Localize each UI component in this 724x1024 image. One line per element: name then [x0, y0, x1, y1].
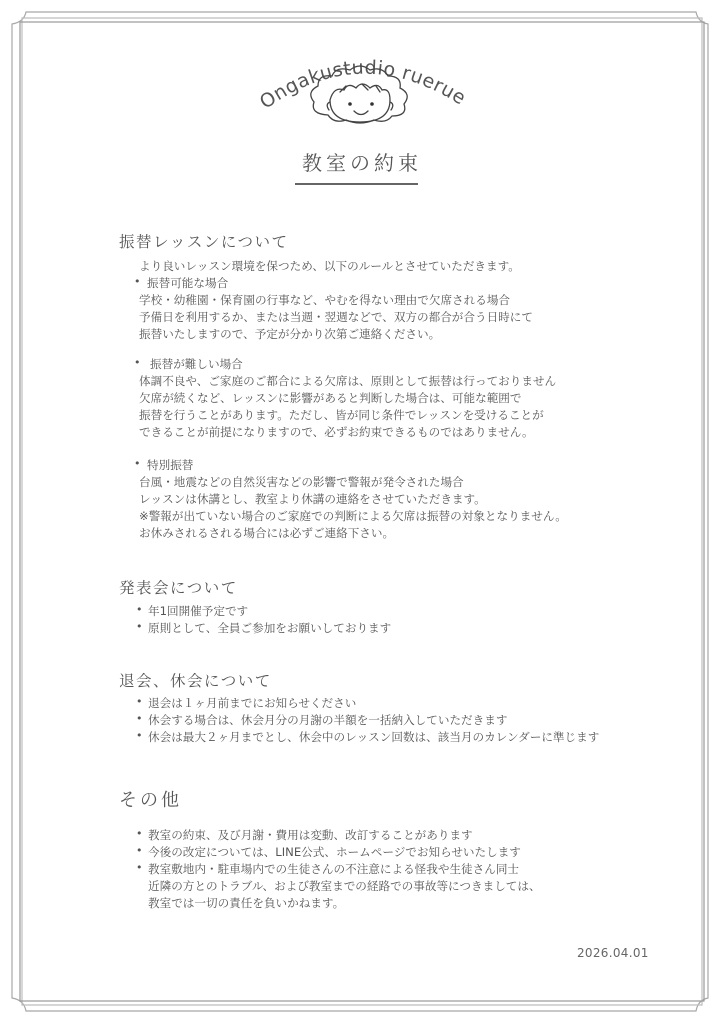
page-title: 教室の約束 [0, 147, 724, 176]
group-line: 欠席が続くなど、レッスンに影響があると判断した場合は、可能な範囲で [139, 390, 521, 407]
list-item: 休会は最大２ヶ月までとし、休会中のレッスン回数は、該当月のカレンダーに準じます [148, 729, 599, 746]
list-item-continuation: 教室では一切の責任を負いかねます。 [148, 895, 344, 912]
group-line: 学校・幼稚園・保育園の行事など、やむを得ない理由で欠席される場合 [139, 292, 510, 309]
list-item: 退会は１ヶ月前までにお知らせください [148, 695, 356, 712]
group-label: 振替可能な場合 [147, 275, 228, 292]
bullet-icon: • [136, 603, 143, 616]
bullet-icon: • [136, 712, 143, 725]
group-line: 振替を行うことがあります。ただし、皆が同じ条件でレッスンを受けることが [139, 407, 544, 424]
bullet-icon: • [134, 275, 141, 288]
group-line: 振替いたしますので、予定が分かり次第ご連絡ください。 [139, 326, 440, 343]
section-title-withdrawal: 退会、休会について [119, 669, 272, 691]
bullet-icon: • [136, 827, 143, 840]
bullet-icon: • [134, 457, 141, 470]
group-label: 特別振替 [147, 457, 193, 474]
section-title-recital: 発表会について [119, 576, 238, 598]
group-line: 予備日を利用するか、または当週・翌週などで、双方の都合が合う日時にて [139, 309, 533, 326]
section-intro: より良いレッスン環境を保つため、以下のルールとさせていただきます。 [139, 258, 520, 275]
brand-logo: Ongakustudio ruerue [230, 40, 490, 150]
effective-date: 2026.04.01 [577, 946, 649, 960]
list-item: 今後の改定については、LINE公式、ホームページでお知らせいたします [148, 844, 521, 861]
group-line: レッスンは休講とし、教室より休講の連絡をさせていただきます。 [139, 491, 486, 508]
list-item: 休会する場合は、休会月分の月謝の半額を一括納入していただきます [148, 712, 507, 729]
section-title-makeup-lessons: 振替レッスンについて [119, 230, 289, 252]
list-item: 年1回開催予定です [148, 603, 248, 620]
list-item: 教室敷地内・駐車場内での生徒さんの不注意による怪我や生徒さん同士 [148, 861, 519, 878]
group-line: 台風・地震などの自然災害などの影響で警報が発令された場合 [139, 474, 464, 491]
bullet-icon: • [136, 695, 143, 708]
group-label: 振替が難しい場合 [150, 356, 243, 373]
bullet-icon: • [136, 620, 143, 633]
bullet-icon: • [136, 861, 143, 874]
group-line: ※警報が出ていない場合のご家庭での判断による欠席は振替の対象となりません。 [139, 508, 567, 525]
group-line: お休みされるされる場合には必ずご連絡下さい。 [139, 525, 394, 542]
list-item: 教室の約束、及び月謝・費用は変動、改訂することがあります [148, 827, 473, 844]
section-title-other: その他 [119, 786, 182, 812]
list-item: 原則として、全員ご参加をお願いしております [148, 620, 391, 637]
group-line: 体調不良や、ご家庭のご都合による欠席は、原則として振替は行っておりません [139, 373, 556, 390]
bullet-icon: • [136, 844, 143, 857]
list-item-continuation: 近隣の方とのトラブル、および教室までの経路での事故等につきましては、 [148, 878, 541, 895]
title-divider [295, 183, 418, 185]
bullet-icon: • [136, 729, 143, 742]
group-line: できることが前提になりますので、必ずお約束できるものではありません。 [139, 424, 534, 441]
bullet-icon: • [134, 356, 141, 369]
